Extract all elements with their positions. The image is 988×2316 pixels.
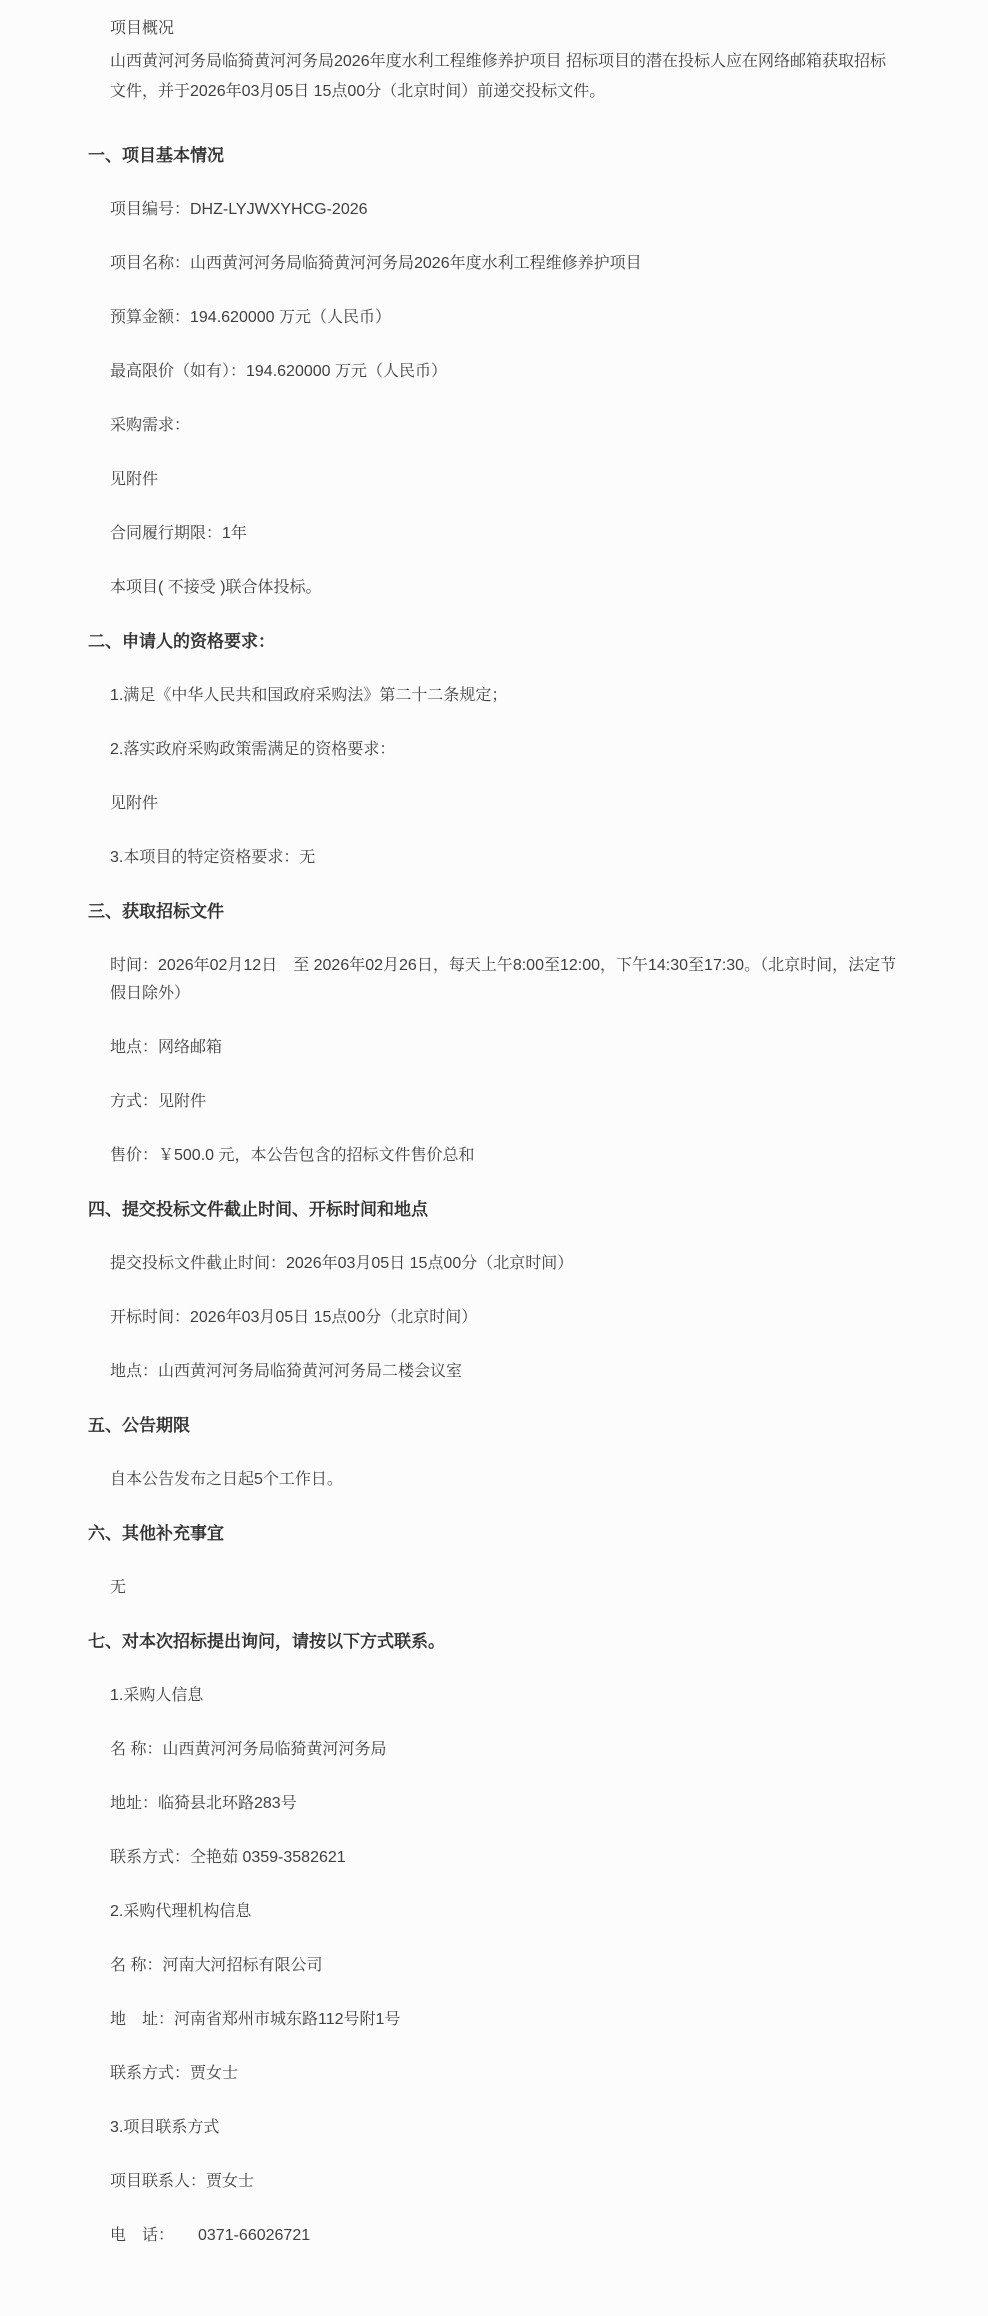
see-attachment-1: 见附件 [110, 466, 900, 494]
consortium-bidding: 本项目( 不接受 )联合体投标。 [110, 574, 900, 602]
purchaser-info-label: 1.采购人信息 [110, 1682, 900, 1710]
document-acquisition-method: 方式：见附件 [110, 1088, 900, 1116]
qualification-item-3: 3.本项目的特定资格要求：无 [110, 844, 900, 872]
qualification-item-2: 2.落实政府采购政策需满足的资格要求： [110, 736, 900, 764]
max-price: 最高限价（如有）：194.620000 万元（人民币） [110, 358, 900, 386]
agency-info-label: 2.采购代理机构信息 [110, 1898, 900, 1926]
section-2-heading: 二、申请人的资格要求： [88, 628, 900, 656]
project-overview-text: 山西黄河河务局临猗黄河河务局2026年度水利工程维修养护项目 招标项目的潜在投标… [110, 47, 900, 107]
project-name: 项目名称：山西黄河河务局临猗黄河河务局2026年度水利工程维修养护项目 [110, 250, 900, 278]
project-overview-label: 项目概况 [110, 14, 900, 44]
section-7-heading: 七、对本次招标提出询问，请按以下方式联系。 [88, 1628, 900, 1656]
other-matters: 无 [110, 1574, 900, 1602]
section-4-heading: 四、提交投标文件截止时间、开标时间和地点 [88, 1196, 900, 1224]
contract-period: 合同履行期限：1年 [110, 520, 900, 548]
announcement-period: 自本公告发布之日起5个工作日。 [110, 1466, 900, 1494]
budget-amount: 预算金额：194.620000 万元（人民币） [110, 304, 900, 332]
purchaser-name: 名 称：山西黄河河务局临猗黄河河务局 [110, 1736, 900, 1764]
agency-contact: 联系方式：贾女士 [110, 2060, 900, 2088]
document-acquisition-place: 地点：网络邮箱 [110, 1034, 900, 1062]
bid-opening-time: 开标时间：2026年03月05日 15点00分（北京时间） [110, 1304, 900, 1332]
document-price: 售价：￥500.0 元，本公告包含的招标文件售价总和 [110, 1142, 900, 1170]
project-contact-phone: 电 话： 0371-66026721 [110, 2222, 900, 2250]
agency-name: 名 称：河南大河招标有限公司 [110, 1952, 900, 1980]
purchaser-address: 地址：临猗县北环路283号 [110, 1790, 900, 1818]
procurement-requirements-label: 采购需求： [110, 412, 900, 440]
qualification-item-1: 1.满足《中华人民共和国政府采购法》第二十二条规定； [110, 682, 900, 710]
project-contact-label: 3.项目联系方式 [110, 2114, 900, 2142]
agency-address: 地 址：河南省郑州市城东路112号附1号 [110, 2006, 900, 2034]
see-attachment-2: 见附件 [110, 790, 900, 818]
announcement-document: 项目概况山西黄河河务局临猗黄河河务局2026年度水利工程维修养护项目 招标项目的… [88, 0, 900, 2316]
bid-opening-place: 地点：山西黄河河务局临猗黄河河务局二楼会议室 [110, 1358, 900, 1386]
project-number: 项目编号：DHZ-LYJWXYHCG-2026 [110, 196, 900, 224]
project-contact-person: 项目联系人：贾女士 [110, 2168, 900, 2196]
section-3-heading: 三、获取招标文件 [88, 898, 900, 926]
section-1-heading: 一、项目基本情况 [88, 142, 900, 170]
section-5-heading: 五、公告期限 [88, 1412, 900, 1440]
purchaser-contact: 联系方式：仝艳茹 0359-3582621 [110, 1844, 900, 1872]
section-6-heading: 六、其他补充事宜 [88, 1520, 900, 1548]
bid-submission-deadline: 提交投标文件截止时间：2026年03月05日 15点00分（北京时间） [110, 1250, 900, 1278]
document-acquisition-time: 时间：2026年02月12日 至 2026年02月26日，每天上午8:00至12… [110, 952, 900, 1008]
